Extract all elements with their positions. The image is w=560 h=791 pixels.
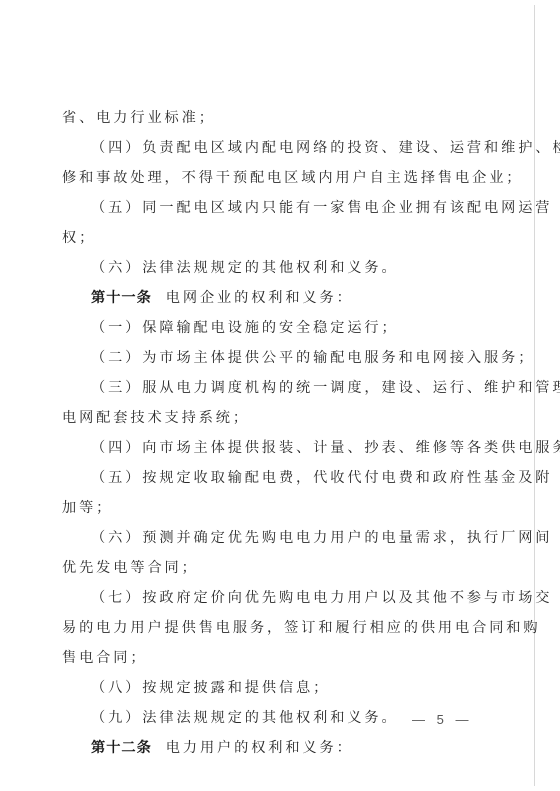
text-line: 省、电力行业标准；	[62, 108, 482, 128]
text-line: （五）按规定收取输配电费，代收代付电费和政府性基金及附	[91, 468, 511, 488]
text-line: 售电合同；	[62, 648, 482, 668]
line-text: （四）向市场主体提供报装、计量、抄表、维修等各类供电服务；	[91, 440, 560, 456]
line-text: 售电合同；	[62, 650, 147, 666]
line-text: 易的电力用户提供售电服务，签订和履行相应的供用电合同和购	[62, 620, 540, 636]
line-text: （五）按规定收取输配电费，代收代付电费和政府性基金及附	[91, 470, 552, 486]
line-text: （五）同一配电区域内只能有一家售电企业拥有该配电网运营	[91, 200, 552, 216]
text-line: （八）按规定披露和提供信息；	[91, 678, 511, 698]
text-line: 电网配套技术支持系统；	[62, 408, 482, 428]
text-line: （四）负责配电区域内配电网络的投资、建设、运营和维护、检	[91, 138, 511, 158]
text-line: （一）保障输配电设施的安全稳定运行；	[91, 318, 511, 338]
text-line: 修和事故处理，不得干预配电区域内用户自主选择售电企业；	[62, 168, 482, 188]
text-line: （四）向市场主体提供报装、计量、抄表、维修等各类供电服务；	[91, 438, 511, 458]
article-number: 第十二条	[91, 740, 152, 756]
line-text: （四）负责配电区域内配电网络的投资、建设、运营和维护、检	[91, 140, 560, 156]
line-text: 省、电力行业标准；	[62, 110, 216, 126]
document-page: 省、电力行业标准； （四）负责配电区域内配电网络的投资、建设、运营和维护、检 修…	[0, 0, 560, 791]
line-text: （六）预测并确定优先购电电力用户的电量需求，执行厂网间	[91, 530, 552, 546]
line-text: 修和事故处理，不得干预配电区域内用户自主选择售电企业；	[62, 170, 523, 186]
text-line: 易的电力用户提供售电服务，签订和履行相应的供用电合同和购	[62, 618, 482, 638]
line-text: 优先发电等合同；	[62, 560, 199, 576]
page-number: — 5 —	[412, 712, 472, 727]
text-line: （六）预测并确定优先购电电力用户的电量需求，执行厂网间	[91, 528, 511, 548]
line-text: 电网企业的权利和义务：	[166, 290, 354, 306]
line-text: （九）法律法规规定的其他权利和义务。	[91, 710, 399, 726]
text-line: 权；	[62, 228, 482, 248]
text-line: 优先发电等合同；	[62, 558, 482, 578]
article-heading-11: 第十一条电网企业的权利和义务：	[91, 288, 511, 308]
text-line: （六）法律法规规定的其他权利和义务。	[91, 258, 511, 278]
line-text: （三）服从电力调度机构的统一调度，建设、运行、维护和管理	[91, 380, 560, 396]
text-line: （二）为市场主体提供公平的输配电服务和电网接入服务；	[91, 348, 511, 368]
text-line: （七）按政府定价向优先购电电力用户以及其他不参与市场交	[91, 588, 511, 608]
line-text: 电力用户的权利和义务：	[166, 740, 354, 756]
line-text: （一）保障输配电设施的安全稳定运行；	[91, 320, 399, 336]
text-line: （五）同一配电区域内只能有一家售电企业拥有该配电网运营	[91, 198, 511, 218]
line-text: 加等；	[62, 500, 113, 516]
article-heading-12: 第十二条电力用户的权利和义务：	[91, 738, 511, 758]
line-text: （七）按政府定价向优先购电电力用户以及其他不参与市场交	[91, 590, 552, 606]
line-text: （六）法律法规规定的其他权利和义务。	[91, 260, 399, 276]
line-text: （八）按规定披露和提供信息；	[91, 680, 330, 696]
article-number: 第十一条	[91, 290, 152, 306]
line-text: （二）为市场主体提供公平的输配电服务和电网接入服务；	[91, 350, 535, 366]
line-text: 电网配套技术支持系统；	[62, 410, 250, 426]
text-line: 加等；	[62, 498, 482, 518]
line-text: 权；	[62, 230, 96, 246]
text-line: （三）服从电力调度机构的统一调度，建设、运行、维护和管理	[91, 378, 511, 398]
